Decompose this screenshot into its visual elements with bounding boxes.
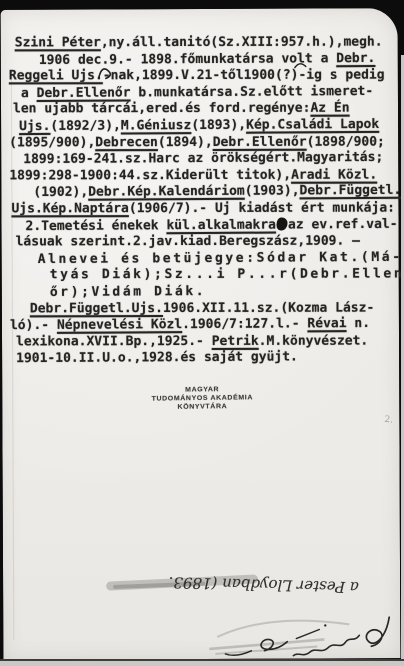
typed-line: tyás Diák);Sz...i P...r(Debr.Ellen- bbox=[50, 267, 398, 284]
text-segment: Debr.Kép.Kalendáriom bbox=[88, 184, 245, 200]
text-segment: lásuak szerint.2.jav.kiad.Beregszász,190… bbox=[16, 234, 360, 250]
typed-line: Debr.Függetl.Ujs.1906.XII.11.sz.(Kozma L… bbox=[30, 300, 398, 317]
text-segment: n. bbox=[346, 316, 370, 331]
text-segment: őr);Vidám Diák. bbox=[50, 284, 206, 300]
stamp-line-3: KÖNYVTÁRA bbox=[138, 402, 266, 412]
handwritten-signature-scribble bbox=[199, 608, 401, 663]
typed-line: (1902),Debr.Kép.Kalendáriom(1903),Debr.F… bbox=[33, 183, 397, 202]
typed-line: 1899:169-241.sz.Harc az örökségért.Magya… bbox=[23, 150, 397, 169]
text-segment: 2.Temetési énekek bbox=[25, 218, 166, 234]
pencil-number-mark: 2. bbox=[384, 415, 394, 426]
text-segment: kül.alkalmakra bbox=[166, 217, 276, 233]
text-segment: Debr. bbox=[336, 51, 375, 66]
text-segment: ló).- bbox=[10, 318, 57, 333]
text-segment: Ujs.Kép.Naptára bbox=[11, 201, 128, 216]
scan-edge-bottom bbox=[0, 659, 404, 666]
text-segment: .M.könyvészet. bbox=[259, 333, 369, 348]
text-segment: (1894), bbox=[158, 135, 213, 150]
typed-line: (1895/900),Debrecen(1894),Debr.Ellenőr(1… bbox=[9, 134, 397, 151]
scanned-catalog-card-page: Szini Péter,ny.áll.tanitó(Sz.XIII:957.h.… bbox=[0, 0, 404, 666]
text-segment: M.Géniusz bbox=[121, 118, 192, 133]
ink-blob bbox=[277, 217, 288, 230]
handwritten-note-upside-down: a Pester Lloydban (1893. bbox=[101, 553, 360, 596]
text-segment: Petrik bbox=[212, 334, 259, 349]
text-segment: ,ny.áll.tanitó(Sz.XIII:957.h.),megh. bbox=[101, 35, 383, 51]
text-segment: Az Én bbox=[310, 101, 349, 116]
typed-line: 2.Temetési énekek kül.alkalmakraaz ev.re… bbox=[25, 216, 397, 235]
typed-line: a Debr.Ellenőr b.munkatársa.Sz.előtt ism… bbox=[21, 84, 397, 103]
library-stamp: MAGYAR TUDOMÁNYOS AKADÉMIA KÖNYVTÁRA bbox=[138, 385, 266, 412]
typed-line: Alnevei és betüjegye:Sódar Kat.(Má- bbox=[38, 250, 398, 269]
ink-correction-marks bbox=[89, 58, 329, 85]
typed-line: Szini Péter,ny.áll.tanitó(Sz.XIII:957.h.… bbox=[15, 35, 397, 52]
text-segment: (1892/3), bbox=[50, 118, 121, 133]
text-segment: az ev.ref.val- bbox=[288, 216, 398, 232]
text-segment: 1901-10.II.U.o.,1928.és saját gyüjt. bbox=[16, 350, 298, 367]
text-segment: Alnevei és betüjegye:Sódar Kat.(Má- bbox=[38, 250, 403, 267]
text-segment: (1898/900; bbox=[307, 134, 385, 149]
typed-line: lásuak szerint.2.jav.kiad.Beregszász,190… bbox=[16, 234, 398, 251]
typed-line: ló).- Népnevelési Közl.1906/7:127.l.- Ré… bbox=[10, 316, 398, 335]
typed-line: 1901-10.II.U.o.,1928.és saját gyüjt. bbox=[16, 349, 398, 368]
text-segment: 1906.XII.11.sz.(Kozma Lász- bbox=[163, 300, 374, 315]
text-segment: (1895/900), bbox=[9, 135, 95, 150]
text-segment: a bbox=[21, 86, 37, 101]
text-segment: 1899:298-1900:44.sz.Kiderült titok), bbox=[9, 168, 291, 184]
typed-line: 1899:298-1900:44.sz.Kiderült titok),Arad… bbox=[9, 167, 397, 184]
text-segment: b.munkatársa.Sz.előtt ismeret- bbox=[130, 84, 373, 100]
text-segment: (1893), bbox=[191, 118, 246, 133]
text-segment: Révai bbox=[307, 316, 346, 331]
text-segment: Debr.Ellenőr bbox=[213, 134, 307, 149]
text-segment: tyás Diák);Sz...i P...r(Debr.Ellen- bbox=[50, 267, 404, 283]
text-segment: Szini Péter bbox=[15, 35, 101, 50]
text-segment: lexikona.XVII.Bp.,1925.- bbox=[16, 334, 212, 349]
text-segment: Népnevelési Közl bbox=[57, 317, 182, 333]
text-segment: (1906/7).- Uj kiadást ért munkája: bbox=[129, 200, 395, 216]
text-segment: (1903), bbox=[245, 184, 300, 199]
text-segment: 1899:169-241.sz.Harc az örökségért.Magya… bbox=[23, 150, 383, 167]
typed-line: Ujs.(1892/3),M.Géniusz(1893),Kép.Családi… bbox=[19, 117, 397, 136]
typed-line: Ujs.Kép.Naptára(1906/7).- Uj kiadást ért… bbox=[11, 200, 397, 217]
text-segment: Ujs. bbox=[19, 119, 50, 134]
typed-line: len ujabb tárcái,ered.és ford.regénye:Az… bbox=[13, 101, 397, 118]
text-segment: .1906/7:127.l.- bbox=[182, 316, 307, 332]
catalog-card: Szini Péter,ny.áll.tanitó(Sz.XIII:957.h.… bbox=[1, 8, 401, 660]
text-segment: Debrecen bbox=[95, 135, 158, 150]
text-segment: Debr.Függetl. bbox=[299, 183, 401, 199]
text-segment: (1902), bbox=[33, 185, 88, 200]
text-segment: len ujabb tárcái,ered.és ford.regénye: bbox=[13, 101, 310, 117]
typed-line: őr);Vidám Diák. bbox=[50, 283, 398, 302]
text-segment: Aradi Közl. bbox=[291, 167, 377, 182]
typed-line: lexikona.XVII.Bp.,1925.- Petrik.M.könyvé… bbox=[16, 333, 398, 350]
text-segment: Kép.Családi Lapok bbox=[246, 117, 379, 133]
text-segment: Debr.Függetl.Ujs. bbox=[30, 301, 163, 316]
text-segment: Debr.Ellenőr bbox=[37, 85, 131, 101]
